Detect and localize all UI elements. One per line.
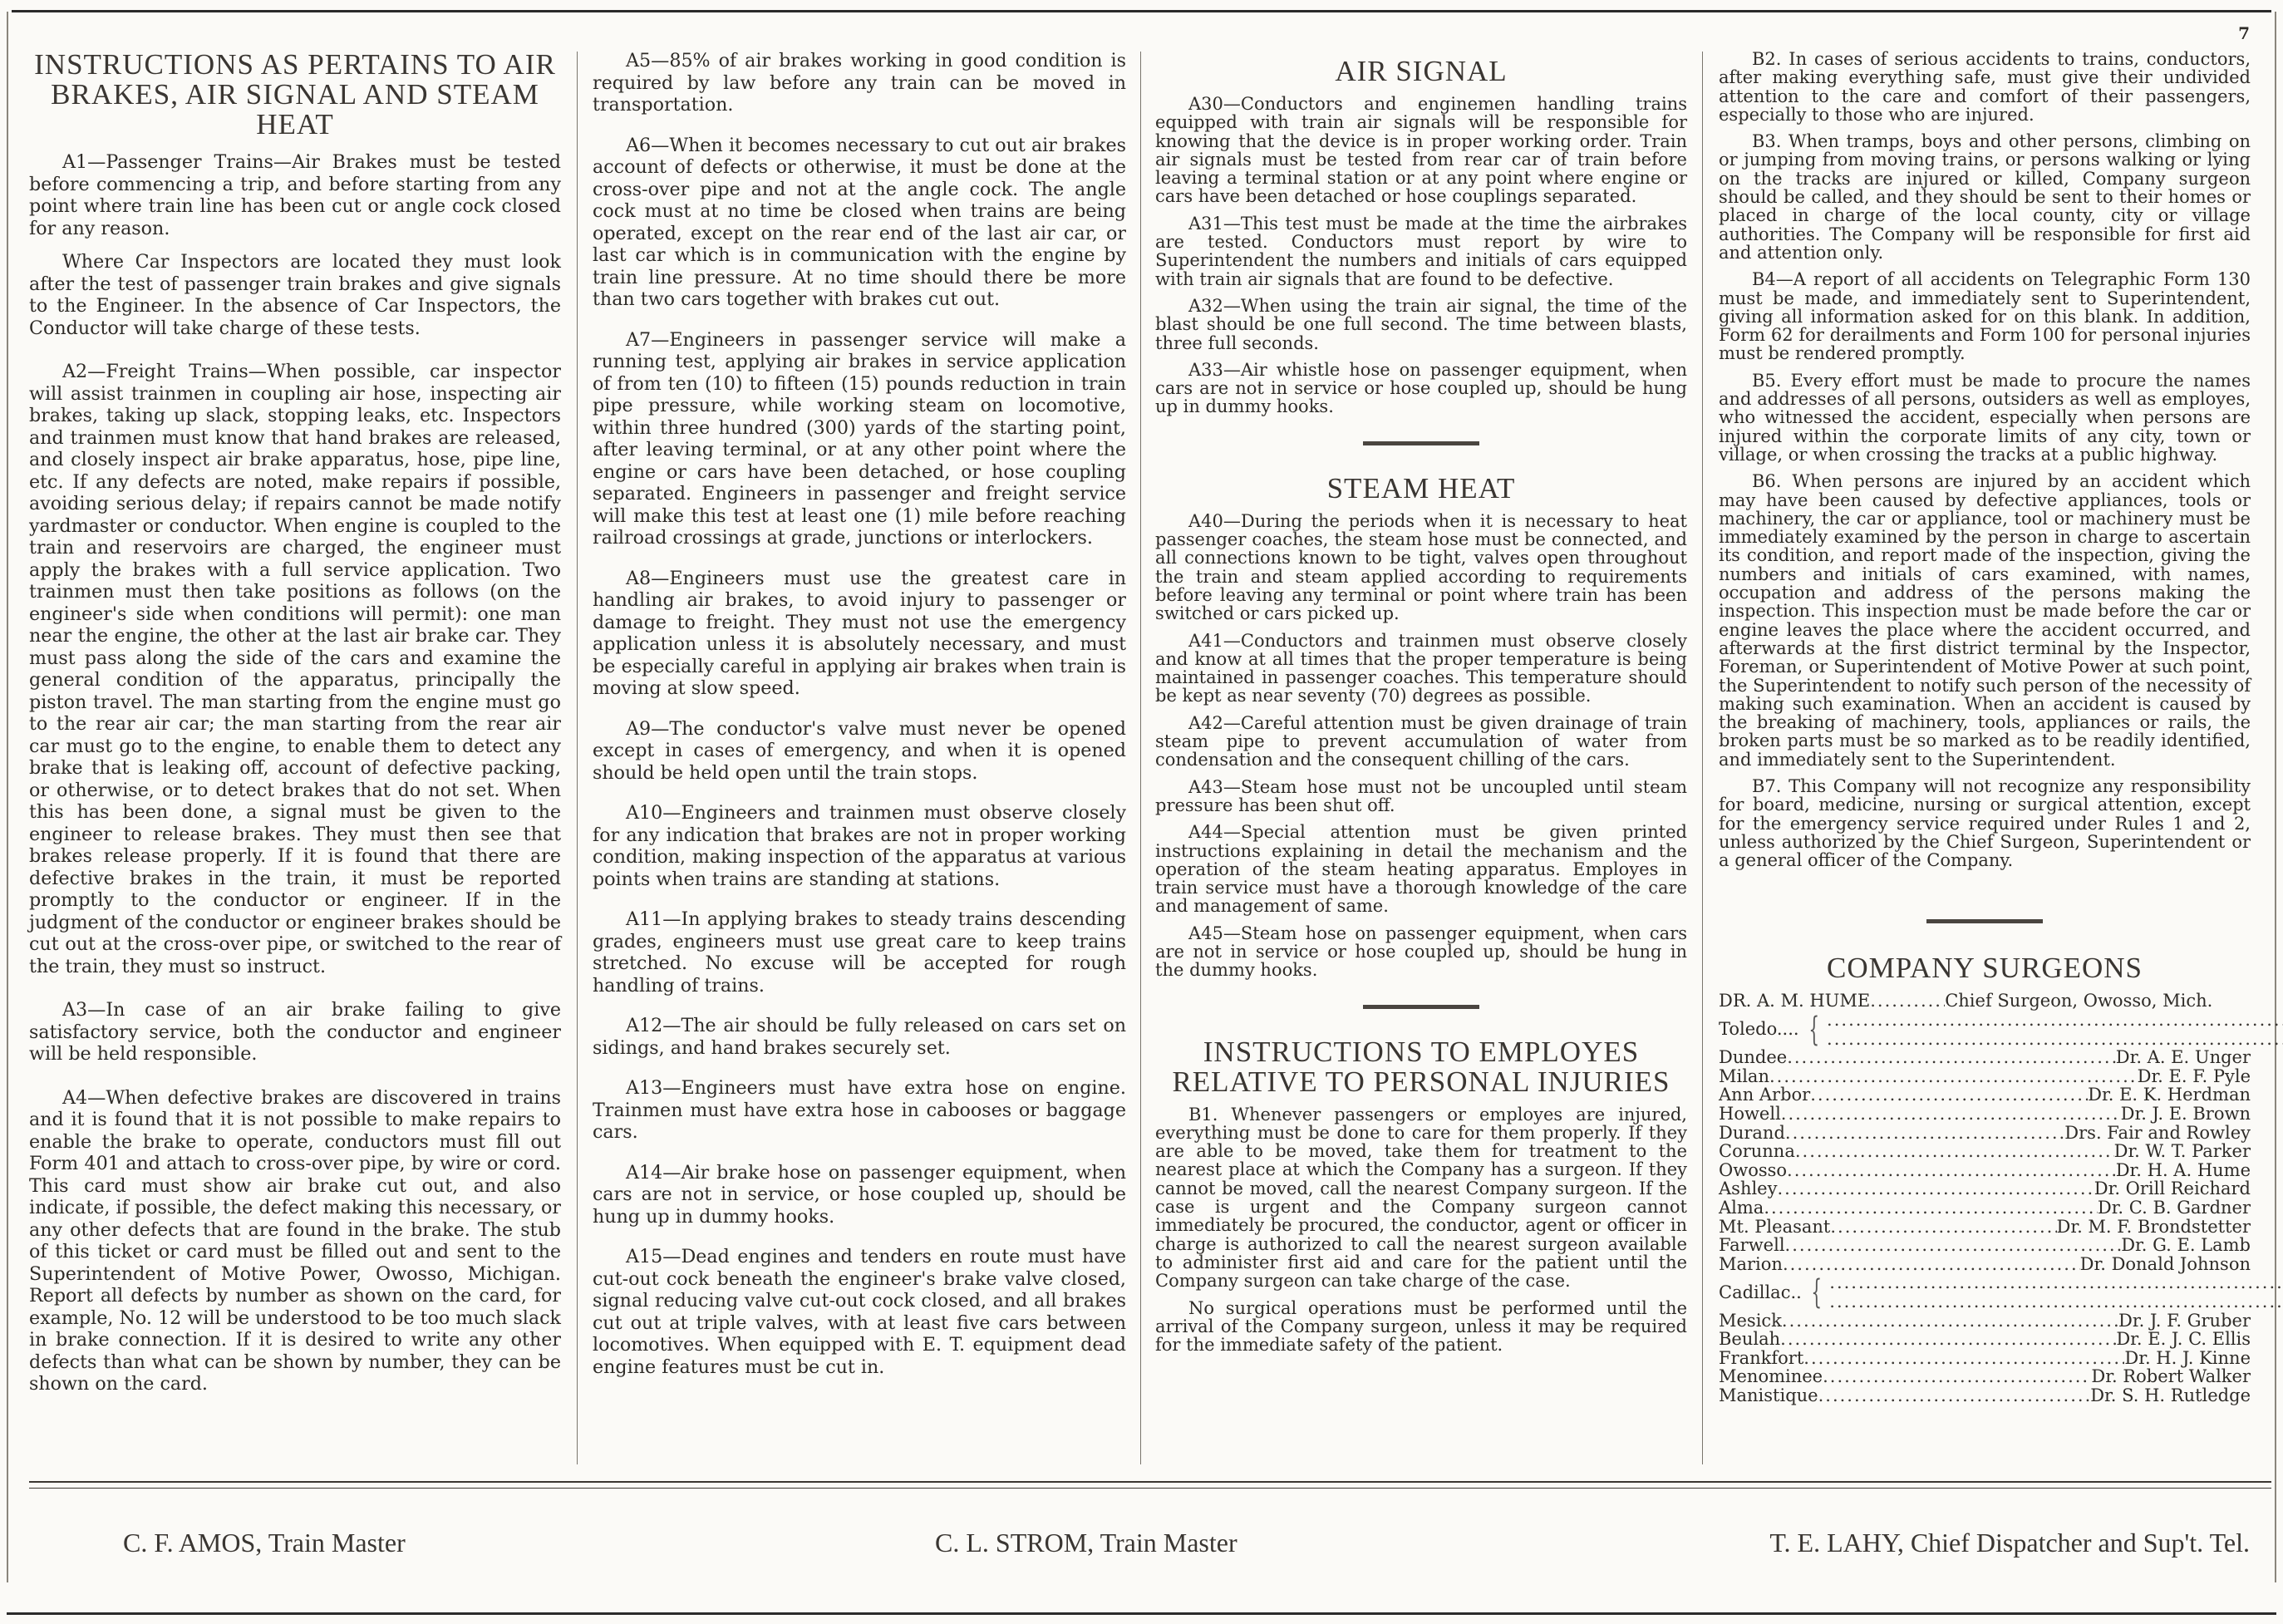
leader-dots [1823,1367,2091,1386]
rule-a45: A45—Steam hose on passenger equipment, w… [1155,924,1687,980]
surgeon-place: Manistique [1719,1386,1818,1405]
leader-dots [1803,1349,2124,1368]
surgeon-row: Dr. W. H. Snyder, Oculist [1827,1030,2283,1049]
surgeon-row: FrankfortDr. H. J. Kinne [1719,1349,2251,1368]
surgeon-name: DR. A. M. HUME [1719,992,1870,1011]
surgeon-place: Mt. Pleasant [1719,1218,1830,1237]
surgeon-group-cadillac: Cadillac.. { Dr. B. H. McMullen Dr. O. L… [1719,1273,2251,1311]
section-separator [1363,1005,1479,1009]
page-top-rule [12,10,2271,12]
surgeon-row: Mt. PleasantDr. M. F. Brondstetter [1719,1218,2251,1237]
signatures: C. F. AMOS, Train Master C. L. STROM, Tr… [0,1528,2283,1569]
surgeon-row: Dr. B. H. McMullen [1829,1273,2283,1292]
rule-a13: A13—Engineers must have extra hose on en… [593,1077,1126,1144]
rule-a31: A31—This test must be made at the time t… [1155,214,1687,288]
surgeon-place: Frankfort [1719,1349,1803,1368]
surgeon-doctor: Dr. E. F. Pyle [2138,1067,2251,1086]
leader-dots [1764,1198,2098,1218]
rule-a8: A8—Engineers must use the greatest care … [593,568,1126,700]
surgeon-doctor: Dr. J. E. Brown [2121,1105,2251,1124]
surgeon-place: Milan [1719,1067,1769,1086]
rule-a40: A40—During the periods when it is necess… [1155,512,1687,623]
surgeon-place: Ashley [1719,1179,1777,1198]
rule-a10: A10—Engineers and trainmen must observe … [593,802,1126,890]
surgeon-doctor: Dr. E. K. Herdman [2088,1085,2251,1105]
rule-a11: A11—In applying brakes to steady trains … [593,908,1126,997]
surgeon-place: Dundee [1719,1048,1787,1067]
leader-dots [1827,1030,2283,1049]
surgeon-place: Durand [1719,1124,1785,1143]
leader-dots [1795,1142,2114,1161]
surgeons-list: DR. A. M. HUME Chief Surgeon, Owosso, Mi… [1719,992,2251,1405]
surgeon-doctor: Dr. Robert Walker [2091,1367,2251,1386]
leader-dots [1810,1085,2088,1105]
rule-a42: A42—Careful attention must be given drai… [1155,714,1687,770]
brace-icon: { [1811,1276,1823,1309]
surgeon-row: Ann ArborDr. E. K. Herdman [1719,1085,2251,1105]
surgeon-row: ManistiqueDr. S. H. Rutledge [1719,1386,2251,1405]
leader-dots [1782,1312,2118,1331]
leader-dots [1780,1330,2116,1349]
surgeon-place: Beulah [1719,1330,1780,1349]
leader-dots [1787,1161,2116,1180]
rule-a7: A7—Engineers in passenger service will m… [593,329,1126,549]
surgeon-doctor: Dr. J. F. Gruber [2118,1312,2251,1331]
surgeon-row: MarionDr. Donald Johnson [1719,1255,2251,1274]
leader-dots [1769,1067,2138,1086]
rule-b1: B1. Whenever passengers or employes are … [1155,1105,1687,1291]
section-title-air-signal: AIR SIGNAL [1155,57,1687,86]
page-number: 7 [2238,23,2250,43]
surgeon-row: OwossoDr. H. A. Hume [1719,1161,2251,1180]
surgeon-doctor: Dr. H. J. Kinne [2124,1349,2251,1368]
rule-b4: B4—A report of all accidents on Telegrap… [1719,270,2251,362]
rule-a1: A1—Passenger Trains—Air Brakes must be t… [29,151,561,239]
signature-train-master-amos: C. F. AMOS, Train Master [123,1528,406,1558]
column-air-brakes-2: A5—85% of air brakes working in good con… [593,50,1126,1396]
column-divider [1702,52,1703,1464]
surgeon-place: Marion [1719,1255,1783,1274]
footer-double-rule [29,1488,2271,1489]
surgeon-row: MenomineeDr. Robert Walker [1719,1367,2251,1386]
column-injuries-surgeons: B2. In cases of serious accidents to tra… [1719,50,2251,1405]
rule-a2: A2—Freight Trains—When possible, car ins… [29,361,561,977]
rule-a33: A33—Air whistle hose on passenger equipm… [1155,361,1687,416]
rule-a9: A9—The conductor's valve must never be o… [593,718,1126,785]
surgeon-row: AlmaDr. C. B. Gardner [1719,1198,2251,1218]
surgeon-doctor: Dr. M. F. Brondstetter [2057,1218,2251,1237]
surgeon-doctor: Dr. Orill Reichard [2094,1179,2251,1198]
surgeon-row: CorunnaDr. W. T. Parker [1719,1142,2251,1161]
leader-dots [1829,1273,2283,1292]
surgeon-chief: DR. A. M. HUME Chief Surgeon, Owosso, Mi… [1719,992,2251,1011]
surgeon-place: Farwell [1719,1236,1785,1255]
column-divider [577,52,578,1464]
leader-dots [1830,1218,2056,1237]
column-signal-steam-injuries: AIR SIGNAL A30—Conductors and enginemen … [1155,50,1687,1362]
surgeon-row: Dr. E. B. Barlow [1827,1011,2283,1030]
leader-dots [1783,1255,2080,1274]
surgeon-row: Dr. O. L. Ricker, Asst. Oculist [1829,1292,2283,1312]
rule-b5: B5. Every effort must be made to procure… [1719,372,2251,464]
rule-b2: B2. In cases of serious accidents to tra… [1719,50,2251,124]
surgeon-place: Mesick [1719,1312,1782,1331]
leader-dots [1827,1011,2283,1030]
leader-dots [1818,1386,2091,1405]
rule-a30: A30—Conductors and enginemen handling tr… [1155,95,1687,206]
surgeon-doctor: Dr. W. T. Parker [2114,1142,2251,1161]
section-title-company-surgeons: COMPANY SURGEONS [1719,953,2251,983]
rule-a41: A41—Conductors and trainmen must observe… [1155,632,1687,706]
surgeon-place: Corunna [1719,1142,1795,1161]
rule-a1-car-inspectors: Where Car Inspectors are located they mu… [29,251,561,339]
surgeon-place: Ann Arbor [1719,1085,1810,1105]
surgeon-row: DurandDrs. Fair and Rowley [1719,1124,2251,1143]
rule-a44: A44—Special attention must be given prin… [1155,823,1687,915]
rule-a15: A15—Dead engines and tenders en route mu… [593,1246,1126,1378]
leader-dots [1785,1124,2064,1143]
rule-a6: A6—When it becomes necessary to cut out … [593,135,1126,311]
surgeon-row: AshleyDr. Orill Reichard [1719,1179,2251,1198]
surgeon-place: Howell [1719,1105,1781,1124]
surgeon-doctor: Dr. E. J. C. Ellis [2116,1330,2251,1349]
surgeon-place: Cadillac.. [1719,1283,1805,1302]
surgeon-doctor: Dr. H. A. Hume [2116,1161,2251,1180]
section-separator [1926,919,2043,923]
rule-a5: A5—85% of air brakes working in good con… [593,50,1126,116]
column-divider [1140,52,1141,1464]
rule-b7: B7. This Company will not recognize any … [1719,777,2251,869]
leader-dots [1870,992,1945,1011]
signature-chief-dispatcher-lahy: T. E. LAHY, Chief Dispatcher and Sup't. … [1769,1528,2250,1558]
surgeon-row: DundeeDr. A. E. Unger [1719,1048,2251,1067]
leader-dots [1777,1179,2094,1198]
page-right-border [2275,12,2276,1582]
surgeon-doctor: Dr. C. B. Gardner [2098,1198,2251,1218]
surgeon-doctor: Drs. Fair and Rowley [2064,1124,2251,1143]
rule-a14: A14—Air brake hose on passenger equipmen… [593,1162,1126,1228]
rule-a12: A12—The air should be fully released on … [593,1015,1126,1059]
leader-dots [1781,1105,2121,1124]
surgeon-row: FarwellDr. G. E. Lamb [1719,1236,2251,1255]
rule-a4: A4—When defective brakes are discovered … [29,1087,561,1395]
surgeon-group-toledo: Toledo.... { Dr. E. B. Barlow Dr. W. H. … [1719,1011,2251,1048]
surgeon-doctor: Dr. A. E. Unger [2116,1048,2251,1067]
section-separator [1363,441,1479,445]
surgeon-place: Alma [1719,1198,1764,1218]
surgeon-row: MesickDr. J. F. Gruber [1719,1312,2251,1331]
surgeon-row: BeulahDr. E. J. C. Ellis [1719,1330,2251,1349]
rule-a3: A3—In case of an air brake failing to gi… [29,999,561,1065]
section-title-steam-heat: STEAM HEAT [1155,474,1687,504]
section-title-air-brakes: INSTRUCTIONS AS PERTAINS TO AIR BRAKES, … [29,50,561,140]
surgeon-place: Toledo.... [1719,1020,1803,1039]
surgeon-doctor: Dr. S. H. Rutledge [2090,1386,2251,1405]
leader-dots [1785,1236,2122,1255]
surgeon-row: HowellDr. J. E. Brown [1719,1105,2251,1124]
surgeon-place: Owosso [1719,1161,1787,1180]
signature-train-master-strom: C. L. STROM, Train Master [935,1528,1237,1558]
rule-b6: B6. When persons are injured by an accid… [1719,472,2251,769]
surgeon-place: Menominee [1719,1367,1823,1386]
surgeon-doctor: Dr. Donald Johnson [2080,1255,2251,1274]
surgeon-doctor: Dr. G. E. Lamb [2121,1236,2251,1255]
leader-dots [1787,1048,2116,1067]
footer-double-rule [29,1481,2271,1483]
rule-a43: A43—Steam hose must not be uncoupled unt… [1155,778,1687,815]
brace-icon: { [1808,1013,1821,1046]
rule-b1-surgical-operations: No surgical operations must be performed… [1155,1299,1687,1355]
page-left-border [7,12,8,1582]
rule-b3: B3. When tramps, boys and other persons,… [1719,132,2251,262]
surgeon-role: Chief Surgeon, Owosso, Mich. [1945,992,2212,1011]
column-air-brakes-1: INSTRUCTIONS AS PERTAINS TO AIR BRAKES, … [29,50,561,1407]
section-title-personal-injuries: INSTRUCTIONS TO EMPLOYES RELATIVE TO PER… [1155,1037,1687,1097]
rule-a32: A32—When using the train air signal, the… [1155,297,1687,352]
surgeon-row: MilanDr. E. F. Pyle [1719,1067,2251,1086]
leader-dots [1829,1292,2283,1312]
page-bottom-rule [7,1612,2276,1615]
